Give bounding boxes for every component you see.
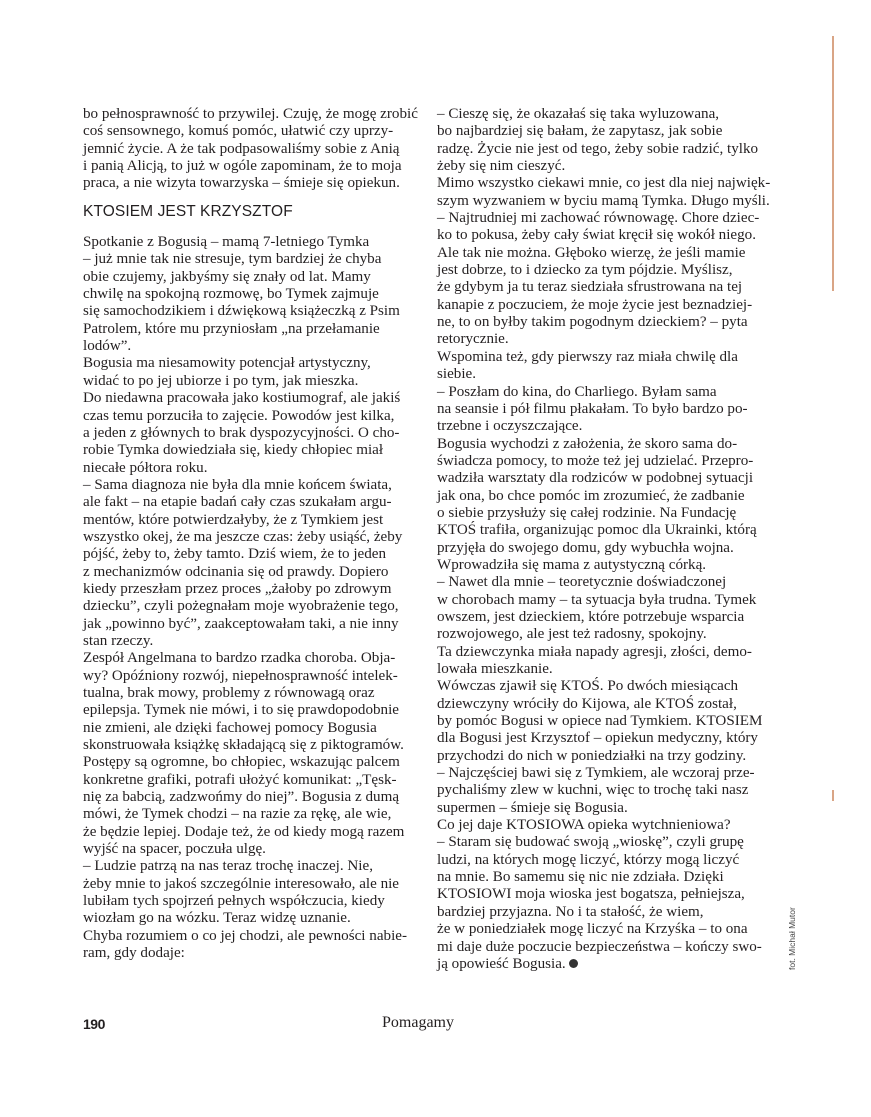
text-line: Ale tak nie można. Głęboko wierzę, że je… (437, 245, 787, 262)
text-line: czas temu porzuciła to zajęcie. Powodów … (83, 408, 423, 425)
text-line: wyjść na spacer, poczuła ulgę. (83, 841, 423, 858)
text-line: Co jej daje KTOSIOWA opieka wytchnieniow… (437, 817, 787, 834)
text-line: wadziła warsztaty dla rodziców w podobne… (437, 470, 787, 487)
text-line: Wspomina też, gdy pierwszy raz miała chw… (437, 349, 787, 366)
text-line: Bogusia wychodzi z założenia, że skoro s… (437, 436, 787, 453)
text-line: praca, a nie wizyta towarzyska – śmieje … (83, 175, 423, 192)
text-line: Wówczas zjawił się KTOŚ. Po dwóch miesią… (437, 678, 787, 695)
text-line: bo pełnosprawność to przywilej. Czuję, ż… (83, 106, 423, 123)
text-line: dla Bogusi jest Krzysztof – opiekun medy… (437, 730, 787, 747)
text-line: pójść, żeby to, żeby tamto. Dziś wiem, ż… (83, 546, 423, 563)
text-line: – już mnie tak nie stresuje, tym bardzie… (83, 251, 423, 268)
right-column: – Cieszę się, że okazałaś się taka wyluz… (437, 106, 787, 973)
text-line: jemnić życie. A że tak podpasowaliśmy so… (83, 141, 423, 158)
text-line: mi daje duże poczucie bezpieczeństwa – k… (437, 939, 787, 956)
text-line: ko to pokusa, żeby cały świat kręcił się… (437, 227, 787, 244)
text-line: ne, to on byłby takim pogodnym dzieckiem… (437, 314, 787, 331)
text-line: Mimo wszystko ciekawi mnie, co jest dla … (437, 175, 787, 192)
text-line: epilepsja. Tymek nie mówi, i to się praw… (83, 702, 423, 719)
text-line: niecałe półtora roku. (83, 460, 423, 477)
text-line: z mechanizmów odcinania się od prawdy. D… (83, 564, 423, 581)
text-line: a jeden z głównych to brak dyspozycyjnoś… (83, 425, 423, 442)
accent-divider-top (832, 36, 834, 291)
text-line: radzę. Życie nie jest od tego, żeby sobi… (437, 141, 787, 158)
left-column: bo pełnosprawność to przywilej. Czuję, ż… (83, 106, 423, 963)
text-line: pychaliśmy zlew w kuchni, więc to trochę… (437, 782, 787, 799)
last-line-text: ją opowieść Bogusia. (437, 956, 566, 972)
text-line: – Sama diagnoza nie była dla mnie końcem… (83, 477, 423, 494)
text-line: ludzi, na których mogę liczyć, którzy mo… (437, 852, 787, 869)
text-line: – Najczęściej bawi się z Tymkiem, ale wc… (437, 765, 787, 782)
text-line: jak „powinno być”, zaakceptowałam taki, … (83, 616, 423, 633)
text-line: KTOŚ trafiła, organizując pomoc dla Ukra… (437, 522, 787, 539)
text-line: świadcza pomocy, to może też jej udziela… (437, 453, 787, 470)
text-line: Patrolem, które mu przyniosłam „na przeł… (83, 321, 423, 338)
text-line: dziecku”, czyli pożegnałam moje wyobraże… (83, 598, 423, 615)
end-of-article-icon (569, 959, 578, 968)
text-line: mówi, że Tymek chodzi – na razie za rękę… (83, 806, 423, 823)
text-line: mentów, które potwierdzałyby, że z Tymki… (83, 512, 423, 529)
text-line: obie czujemy, jakbyśmy się znały od lat.… (83, 269, 423, 286)
text-line: skonstruowała książkę składającą się z p… (83, 737, 423, 754)
text-line: lowała mieszkanie. (437, 661, 787, 678)
text-line: wszystko okej, że ma jeszcze czas: żeby … (83, 529, 423, 546)
section-name: Pomagamy (382, 1014, 454, 1032)
text-line: i panią Alicją, to już w ogóle zapominam… (83, 158, 423, 175)
text-line: na seansie i pół filmu płakałam. To było… (437, 401, 787, 418)
photo-credit-text: fot. Michał Mutor (787, 907, 797, 970)
text-line: lodów”. (83, 338, 423, 355)
text-line: owszem, jest dzieckiem, które potrzebuje… (437, 609, 787, 626)
text-line: Zespół Angelmana to bardzo rzadka chorob… (83, 650, 423, 667)
page-number: 190 (83, 1016, 105, 1032)
text-line: lubiłam tych spojrzeń pełnych współczuci… (83, 893, 423, 910)
text-line: bo najbardziej się bałam, że zapytasz, j… (437, 123, 787, 140)
text-line: dziewczyny wróciły do Kijowa, ale KTOŚ z… (437, 696, 787, 713)
text-line: przychodzi do nich w poniedziałki na trz… (437, 748, 787, 765)
text-line: że gdybym ja tu teraz siedziała sfrustro… (437, 279, 787, 296)
right-paragraphs: – Cieszę się, że okazałaś się taka wyluz… (437, 106, 787, 956)
text-line: bardziej przyjazna. No i ta stałość, że … (437, 904, 787, 921)
accent-divider-bottom (832, 790, 834, 801)
text-line: tualna, brak mowy, problemy z równowagą … (83, 685, 423, 702)
text-line: – Cieszę się, że okazałaś się taka wyluz… (437, 106, 787, 123)
article-last-line: ją opowieść Bogusia. (437, 956, 787, 973)
text-line: przyjęła do swojego domu, gdy wybuchła w… (437, 540, 787, 557)
text-line: chwilę na spokojną rozmowę, bo Tymek zaj… (83, 286, 423, 303)
text-line: – Poszłam do kina, do Charliego. Byłam s… (437, 384, 787, 401)
text-line: KTOSIOWI moja wioska jest bogatsza, pełn… (437, 886, 787, 903)
text-line: kanapie z poczuciem, że moje życie jest … (437, 297, 787, 314)
text-line: że w poniedziałek mogę liczyć na Krzyśka… (437, 921, 787, 938)
section-heading: KTOSIEM JEST KRZYSZTOF (83, 203, 423, 220)
text-line: supermen – śmieje się Bogusia. (437, 800, 787, 817)
text-line: ram, gdy dodaje: (83, 945, 423, 962)
text-line: szym wyzwaniem w byciu mamą Tymka. Długo… (437, 193, 787, 210)
text-line: konkretne grafiki, potrafi ułożyć komuni… (83, 772, 423, 789)
text-line: by pomóc Bogusi w opiece nad Tymkiem. KT… (437, 713, 787, 730)
text-line: trzebne i oczyszczające. (437, 418, 787, 435)
text-line: siebie. (437, 366, 787, 383)
text-line: coś sensownego, komuś pomóc, ułatwić czy… (83, 123, 423, 140)
text-line: Spotkanie z Bogusią – mamą 7-letniego Ty… (83, 234, 423, 251)
text-line: się samochodzikiem i dźwiękową książeczk… (83, 303, 423, 320)
text-line: o siebie przysłuży się całej rodzinie. N… (437, 505, 787, 522)
text-line: w chorobach mamy – ta sytuacja była trud… (437, 592, 787, 609)
text-line: wy? Opóźniony rozwój, niepełnosprawność … (83, 668, 423, 685)
text-line: – Najtrudniej mi zachować równowagę. Cho… (437, 210, 787, 227)
text-line: – Nawet dla mnie – teoretycznie doświadc… (437, 574, 787, 591)
text-line: widać to po jej ubiorze i po tym, jak mi… (83, 373, 423, 390)
text-line: żeby się nim cieszyć. (437, 158, 787, 175)
left-paragraphs-intro: bo pełnosprawność to przywilej. Czuję, ż… (83, 106, 423, 193)
text-line: – Staram się budować swoją „wioskę”, czy… (437, 834, 787, 851)
text-line: ale fakt – na etapie badań cały czas szu… (83, 494, 423, 511)
left-paragraphs-body: Spotkanie z Bogusią – mamą 7-letniego Ty… (83, 234, 423, 962)
text-line: nie zmieni, ale dzięki fachowej pomocy B… (83, 720, 423, 737)
text-line: kiedy przeszłam przez proces „żałoby po … (83, 581, 423, 598)
text-line: retorycznie. (437, 331, 787, 348)
text-line: Do niedawna pracowała jako kostiumograf,… (83, 390, 423, 407)
text-line: na mnie. Bo samemu się nic nie zdziała. … (437, 869, 787, 886)
text-line: Ta dziewczynka miała napady agresji, zło… (437, 644, 787, 661)
text-line: Wprowadziła się mama z autystyczną córką… (437, 557, 787, 574)
text-line: że będzie lepiej. Dodaje też, że od kied… (83, 824, 423, 841)
text-line: Chyba rozumiem o co jej chodzi, ale pewn… (83, 928, 423, 945)
text-line: – Ludzie patrzą na nas teraz trochę inac… (83, 858, 423, 875)
text-line: żeby mnie to jakoś szczególnie interesow… (83, 876, 423, 893)
text-line: robie Tymka dowiedziała się, kiedy chłop… (83, 442, 423, 459)
text-line: jest dobrze, to i dziecko za tym pójdzie… (437, 262, 787, 279)
text-line: stan rzeczy. (83, 633, 423, 650)
text-line: Postępy są ogromne, bo chłopiec, wskazuj… (83, 754, 423, 771)
text-line: wiozłam go na wózku. Teraz widzę uznanie… (83, 910, 423, 927)
text-line: jak ona, bo chce pomóc im zrozumieć, że … (437, 488, 787, 505)
text-line: Bogusia ma niesamowity potencjał artysty… (83, 355, 423, 372)
text-line: nię za babcią, zadzwońmy do niej”. Bogus… (83, 789, 423, 806)
text-line: rozwojowego, ale jest też radosny, spoko… (437, 626, 787, 643)
